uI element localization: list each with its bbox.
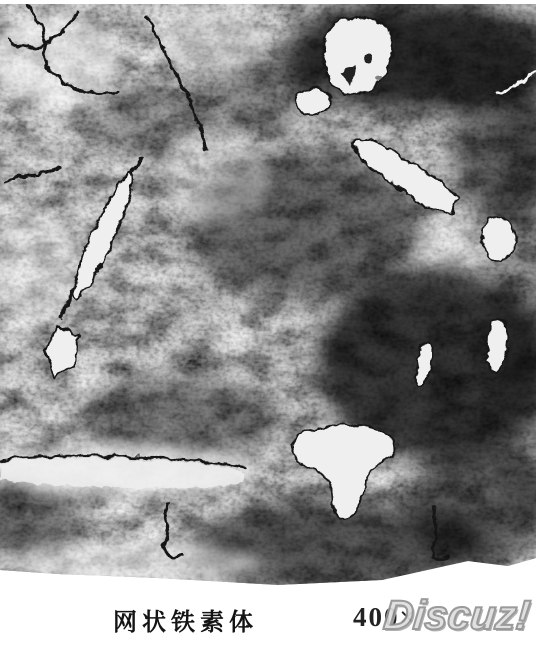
figure-caption: 网状铁素体: [113, 602, 258, 637]
micrograph-figure: 网状铁素体 400× Discuz!: [0, 0, 536, 649]
discuz-watermark: Discuz!: [382, 592, 533, 639]
micrograph-image: [0, 0, 536, 592]
micrograph-svg: [0, 0, 536, 592]
caption-row: 网状铁素体 400× Discuz!: [0, 592, 536, 649]
